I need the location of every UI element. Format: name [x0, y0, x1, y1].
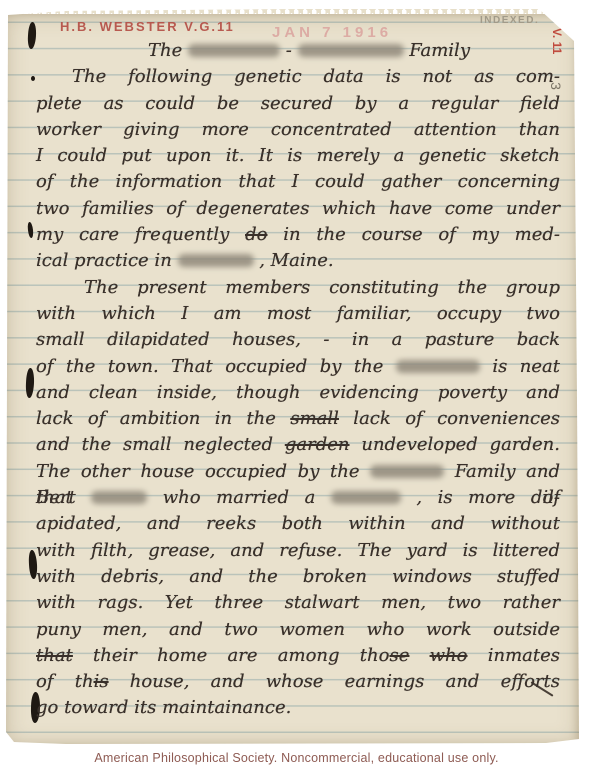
manuscript-line: and the small neglected garden undevelop… [36, 432, 560, 458]
word-run: my care frequently [36, 224, 245, 245]
struck-word: do [245, 224, 267, 245]
redacted-name [178, 254, 254, 267]
manuscript-line: Bert who married a , is more dil- [36, 485, 560, 511]
struck-word: se [389, 645, 409, 666]
word-run: , Maine. [254, 250, 334, 271]
word-run: with filth, grease, and refuse. The yard… [36, 540, 560, 561]
word-run: Bert [36, 487, 91, 508]
word-run: The other house occupied by the [36, 461, 370, 482]
redacted-name [91, 491, 147, 504]
struck-word: that [36, 645, 73, 666]
word-run: of the information that I could gather c… [36, 171, 560, 192]
word-run [409, 645, 429, 666]
manuscript-line: of this house, and whose earnings and ef… [36, 669, 560, 695]
manuscript-line: with debris, and the broken windows stuf… [36, 564, 560, 590]
word-run: with which I am most familiar, occupy tw… [36, 303, 560, 324]
manuscript-line: The other house occupied by the Family a… [36, 459, 560, 485]
word-run: I could put upon it. It is merely a gene… [36, 145, 560, 166]
struck-word: who [430, 645, 468, 666]
archive-credit: American Philosophical Society. Noncomme… [94, 751, 498, 765]
word-run: , is more dil- [401, 487, 560, 508]
manuscript-line: worker giving more concentrated attentio… [36, 117, 560, 143]
word-run: apidated, and reeks both within and with… [36, 513, 560, 534]
index-number-mark: 1 [554, 10, 562, 27]
word-run: - [280, 40, 298, 61]
ink-dot [31, 76, 35, 81]
redacted-name [396, 360, 480, 373]
word-run: ical practice in [36, 250, 178, 271]
manuscript-line: puny men, and two women who work outside [36, 617, 560, 643]
word-run: is neat [480, 356, 560, 377]
word-run: their home are among tho [73, 645, 390, 666]
word-run: who married a [147, 487, 331, 508]
word-run: The [148, 40, 188, 61]
word-run: small dilapidated houses, - in a pasture… [36, 329, 560, 350]
redacted-name [331, 491, 401, 504]
manuscript-line: that their home are among those who inma… [36, 643, 560, 669]
word-run: The present members constituting the gro… [84, 277, 560, 298]
redacted-name [188, 44, 280, 57]
word-run: of the town. That occupied by the [36, 356, 396, 377]
struck-word: small [290, 408, 339, 429]
word-run: two families of degenerates which have c… [36, 198, 560, 219]
manuscript-line: go toward its maintainance. [36, 695, 560, 721]
word-run: worker giving more concentrated attentio… [36, 119, 560, 140]
manuscript-line: The present members constituting the gro… [36, 275, 560, 301]
indexed-stamp: INDEXED. [480, 15, 539, 26]
manuscript-line: apidated, and reeks both within and with… [36, 511, 560, 537]
word-run: of th [36, 671, 94, 692]
word-run: undeveloped garden. [350, 434, 560, 455]
word-run: puny men, and two women who work outside [36, 619, 560, 640]
word-run: lack of conveniences [339, 408, 560, 429]
word-run: inmates [467, 645, 560, 666]
struck-word: is [94, 671, 109, 692]
manuscript-line: with filth, grease, and refuse. The yard… [36, 538, 560, 564]
manuscript-line: and clean inside, though evidencing pove… [36, 380, 560, 406]
word-run: The following genetic data is not as com… [72, 66, 560, 87]
owner-stamp: H.B. WEBSTER V.G.11 [60, 19, 235, 34]
word-run: lack of ambition in the [36, 408, 290, 429]
struck-word: garden [285, 434, 350, 455]
manuscript-line: of the information that I could gather c… [36, 169, 560, 195]
manuscript-line: with which I am most familiar, occupy tw… [36, 301, 560, 327]
manuscript-line: with rags. Yet three stalwart men, two r… [36, 590, 560, 616]
manuscript-line: my care frequently do in the course of m… [36, 222, 560, 248]
word-run: Family [404, 40, 470, 61]
manuscript-line: lack of ambition in the small lack of co… [36, 406, 560, 432]
redacted-name [370, 465, 444, 478]
word-run: with debris, and the broken windows stuf… [36, 566, 560, 587]
redacted-name [298, 44, 404, 57]
word-run: and clean inside, though evidencing pove… [36, 382, 560, 403]
scanned-document-page: { "colors": { "paper": "#e9e1cd", "rulin… [0, 0, 593, 772]
word-run: and the small neglected [36, 434, 285, 455]
manuscript-line: I could put upon it. It is merely a gene… [36, 143, 560, 169]
manuscript-line: The following genetic data is not as com… [36, 64, 560, 90]
manuscript-line: small dilapidated houses, - in a pasture… [36, 327, 560, 353]
word-run: go toward its maintainance. [36, 697, 291, 718]
manuscript-lines: The - FamilyThe following genetic data i… [36, 38, 560, 722]
manuscript-line: ical practice in , Maine. [36, 248, 560, 274]
manuscript-line: of the town. That occupied by the is nea… [36, 354, 560, 380]
footer-strip: American Philosophical Society. Noncomme… [0, 744, 593, 772]
manuscript-line: plete as could be secured by a regular f… [36, 91, 560, 117]
word-run: with rags. Yet three stalwart men, two r… [36, 592, 560, 613]
word-run: house, and whose earnings and efforts [109, 671, 560, 692]
word-run: in the course of my med- [267, 224, 560, 245]
manuscript-line: The - Family [36, 38, 560, 64]
manuscript-line: two families of degenerates which have c… [36, 196, 560, 222]
word-run: plete as could be secured by a regular f… [36, 93, 560, 114]
